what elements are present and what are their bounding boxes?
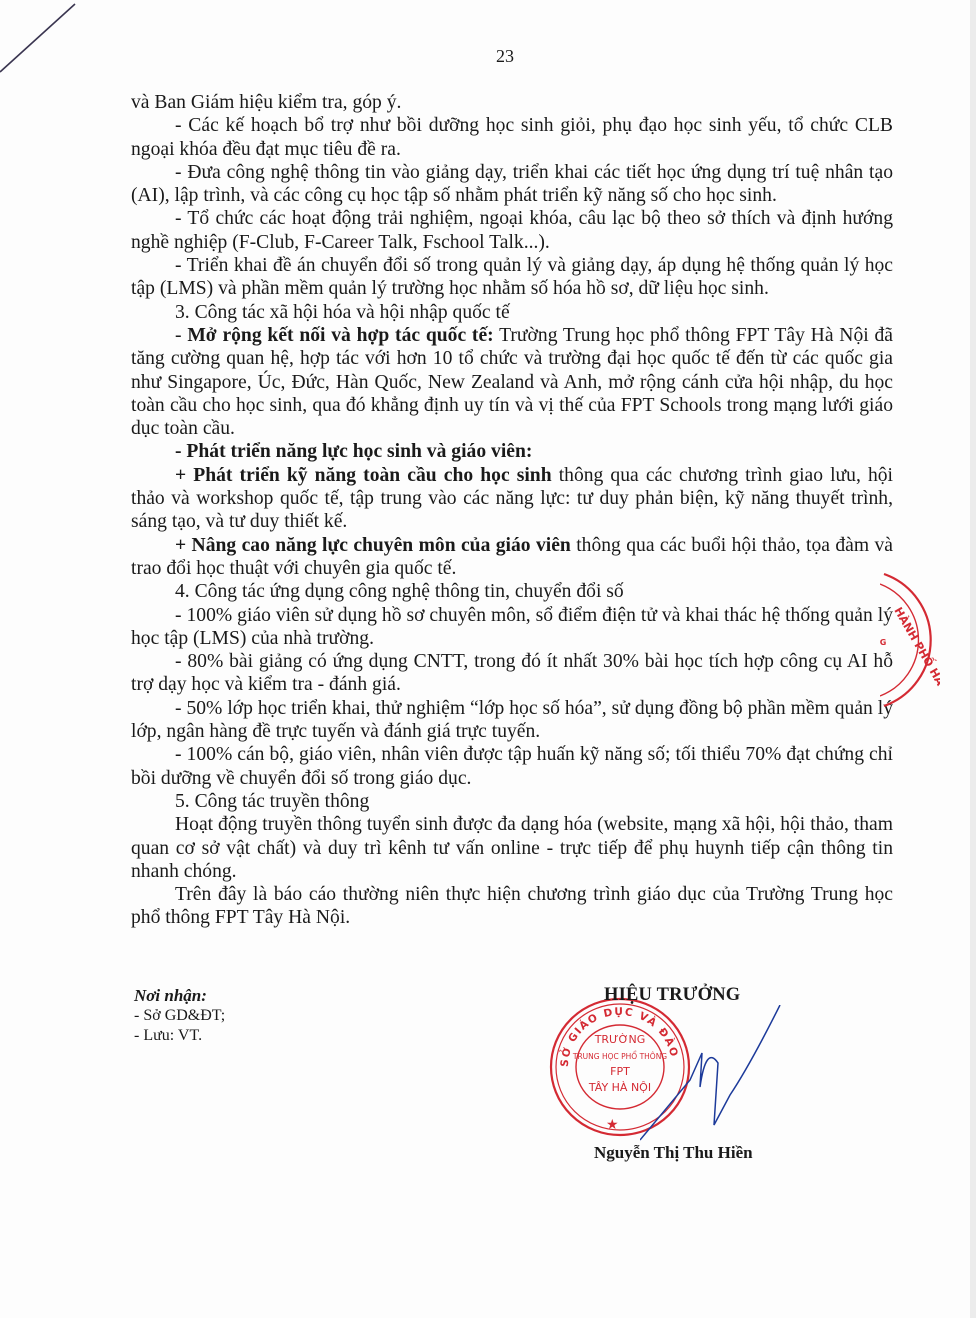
paragraph: 3. Công tác xã hội hóa và hội nhập quốc … bbox=[131, 301, 893, 324]
partial-stamp-seal: HÀNH PHỐ HÀ NG bbox=[880, 570, 940, 710]
corner-fold-line bbox=[0, 0, 90, 90]
paragraph: - 100% giáo viên sử dụng hồ sơ chuyên mô… bbox=[131, 604, 893, 651]
paragraph: - Đưa công nghệ thông tin vào giảng dạy,… bbox=[131, 161, 893, 208]
document-body: và Ban Giám hiệu kiểm tra, góp ý.- Các k… bbox=[131, 91, 893, 930]
paragraph: 5. Công tác truyền thông bbox=[131, 790, 893, 813]
paragraph: - Triển khai đề án chuyển đổi số trong q… bbox=[131, 254, 893, 301]
svg-text:FPT: FPT bbox=[610, 1065, 630, 1078]
handwritten-signature bbox=[640, 1005, 800, 1155]
paragraph: - Các kế hoạch bổ trợ như bồi dưỡng học … bbox=[131, 114, 893, 161]
paragraph: - 50% lớp học triển khai, thử nghiệm “lớ… bbox=[131, 697, 893, 744]
signature-title: HIỆU TRƯỞNG bbox=[604, 985, 740, 1006]
recipient-item: - Sở GD&ĐT; bbox=[134, 1006, 225, 1026]
page-edge bbox=[970, 0, 976, 1318]
paragraph: + Nâng cao năng lực chuyên môn của giáo … bbox=[131, 534, 893, 581]
paragraph: Trên đây là báo cáo thường niên thực hiệ… bbox=[131, 883, 893, 930]
signer-name: Nguyễn Thị Thu Hiền bbox=[594, 1143, 753, 1163]
paragraph: - Tổ chức các hoạt động trải nghiệm, ngo… bbox=[131, 207, 893, 254]
svg-text:TRƯỜNG: TRƯỜNG bbox=[594, 1033, 646, 1046]
paragraph: và Ban Giám hiệu kiểm tra, góp ý. bbox=[131, 91, 893, 114]
paragraph: + Phát triển kỹ năng toàn cầu cho học si… bbox=[131, 464, 893, 534]
recipients-block: Nơi nhận: - Sở GD&ĐT; - Lưu: VT. bbox=[134, 986, 225, 1046]
paragraph: - 100% cán bộ, giáo viên, nhân viên được… bbox=[131, 743, 893, 790]
recipients-label: Nơi nhận: bbox=[134, 986, 225, 1006]
recipient-item: - Lưu: VT. bbox=[134, 1026, 225, 1046]
svg-text:NG: NG bbox=[880, 638, 886, 647]
paragraph: - Phát triển năng lực học sinh và giáo v… bbox=[131, 440, 893, 463]
paragraph: 4. Công tác ứng dụng công nghệ thông tin… bbox=[131, 580, 893, 603]
paragraph: - 80% bài giảng có ứng dụng CNTT, trong … bbox=[131, 650, 893, 697]
paragraph: - Mở rộng kết nối và hợp tác quốc tế: Tr… bbox=[131, 324, 893, 440]
paragraph: Hoạt động truyền thông tuyển sinh được đ… bbox=[131, 813, 893, 883]
svg-text:HÀNH PHỐ HÀ: HÀNH PHỐ HÀ bbox=[891, 604, 940, 688]
page-number: 23 bbox=[0, 46, 976, 67]
svg-text:★: ★ bbox=[606, 1118, 619, 1133]
